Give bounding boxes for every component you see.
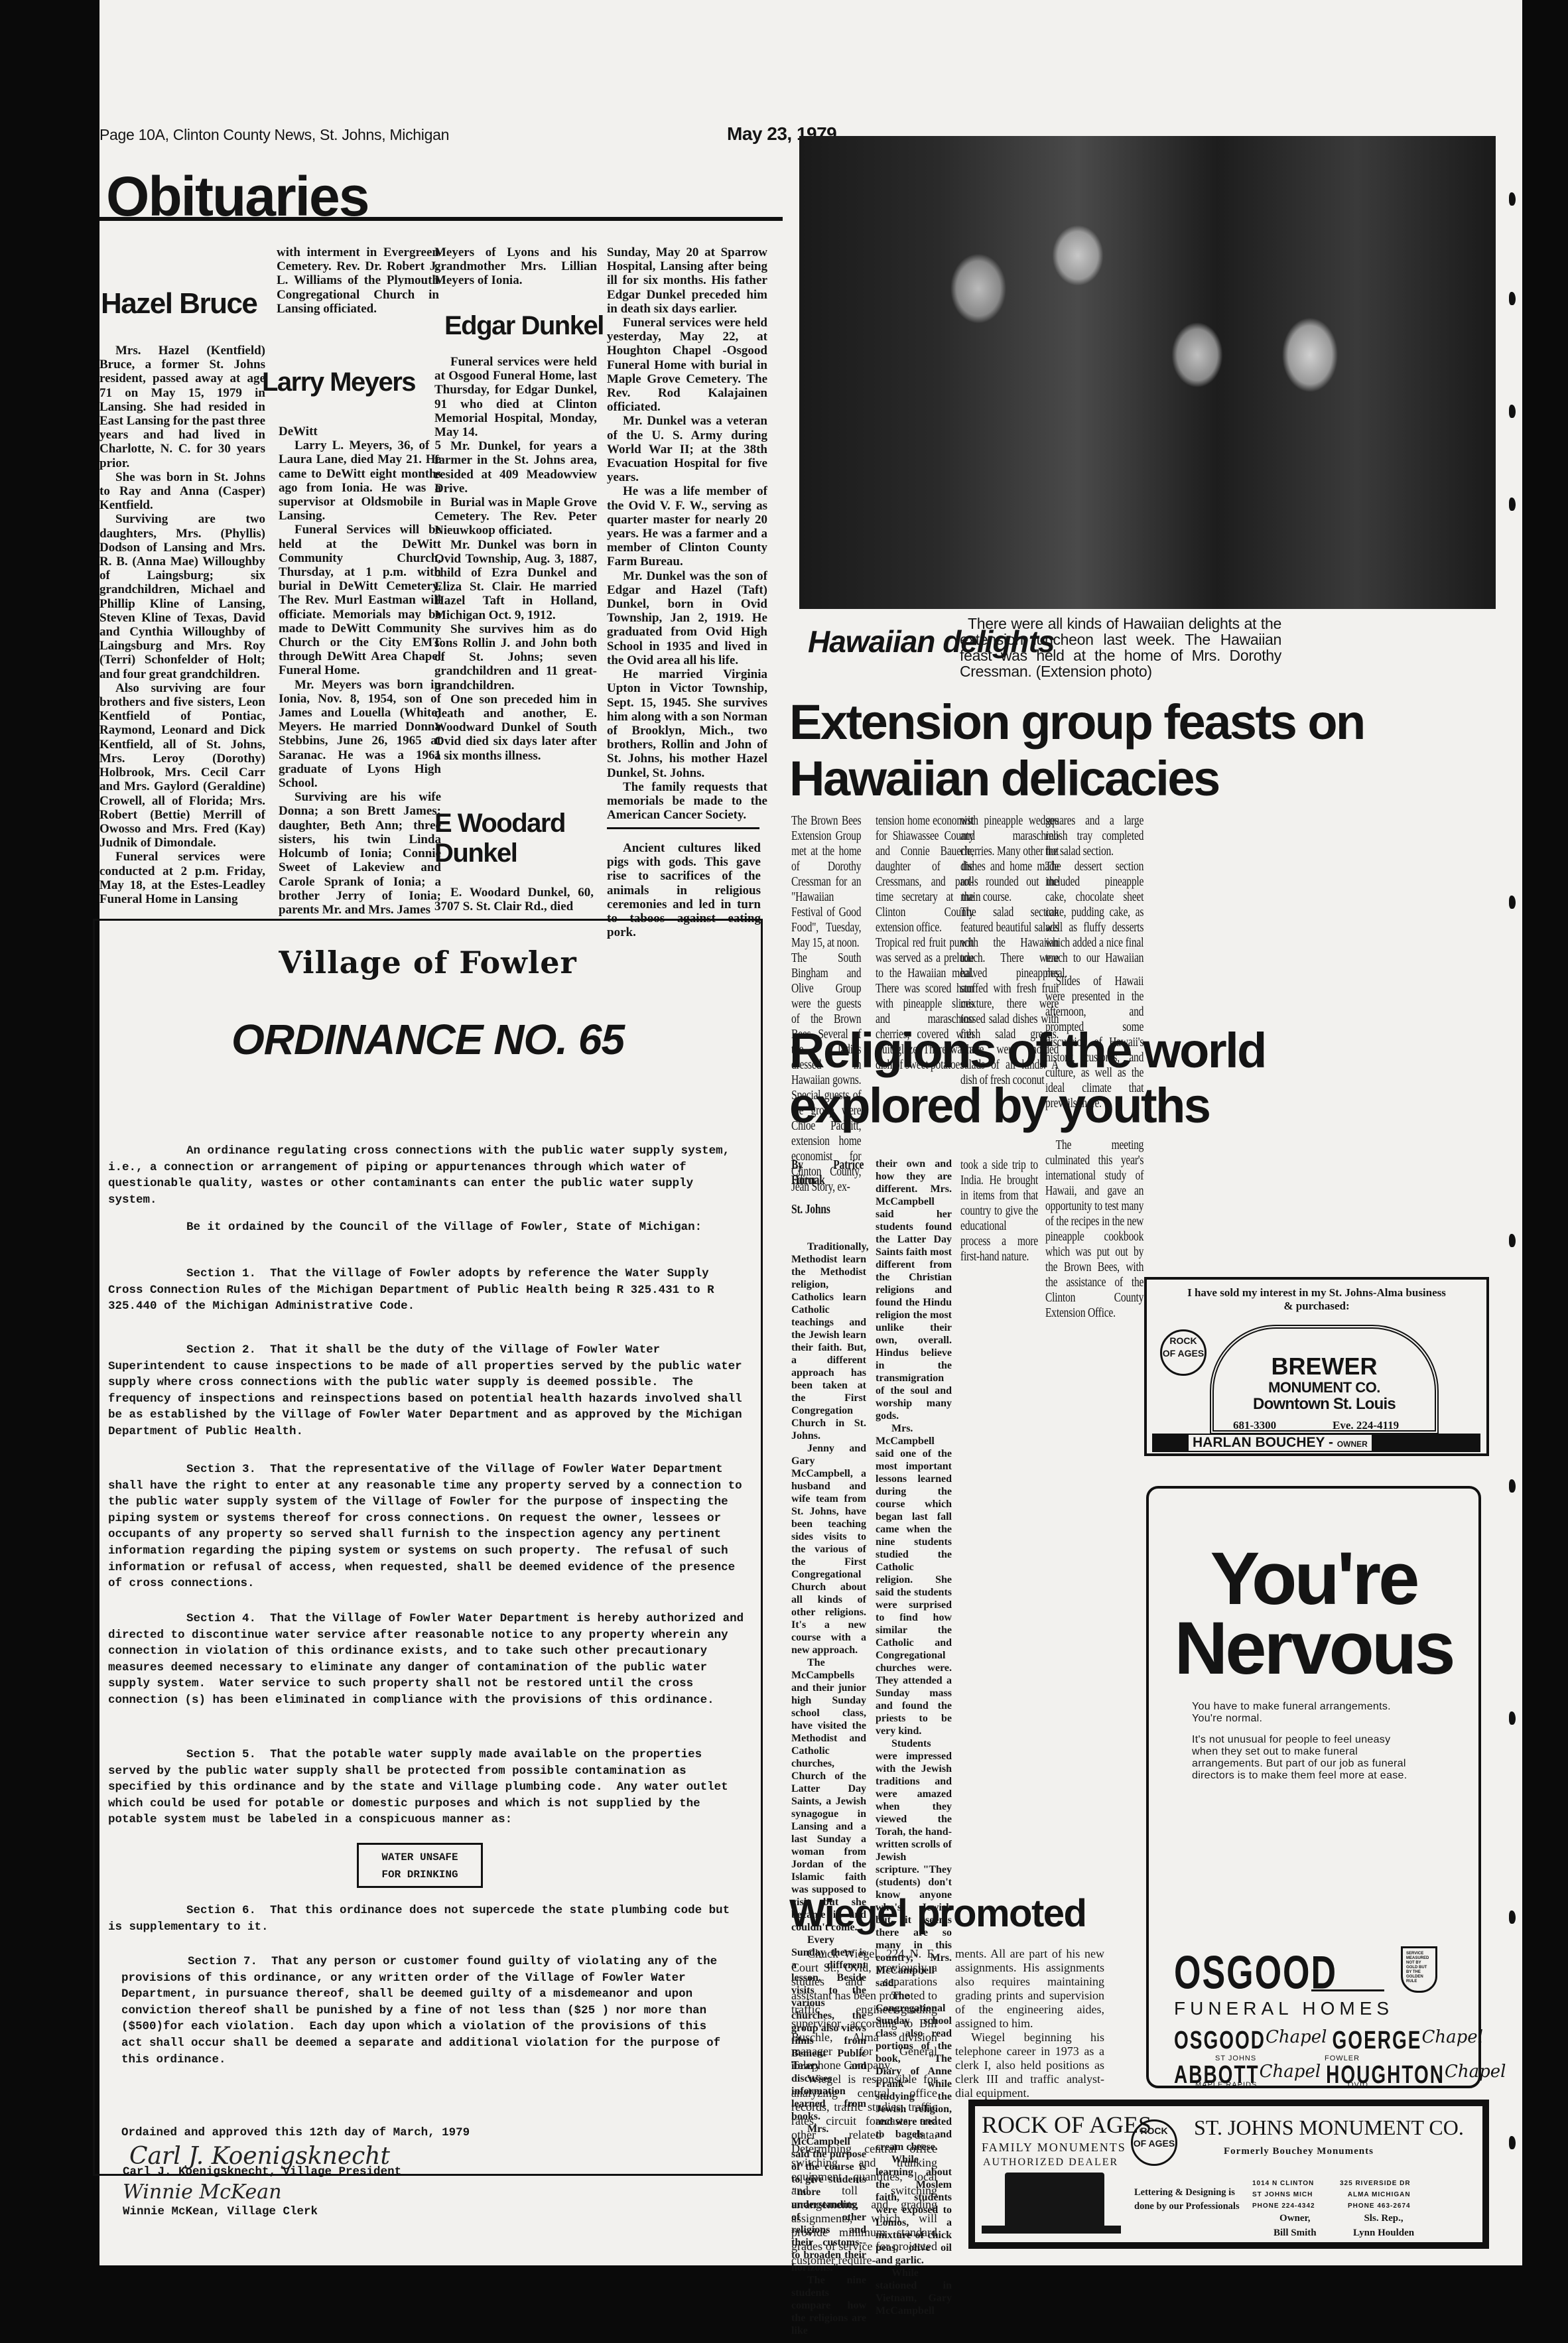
signer-president: Carl J. Koenigsknecht, Village President xyxy=(123,2164,401,2180)
address-line: ALMA MICHIGAN xyxy=(1340,2189,1411,2200)
paragraph: Mr. Dunkel was the son of Edgar and Haze… xyxy=(607,569,767,667)
paragraph: The nine students compare how the religi… xyxy=(791,2274,866,2337)
paragraph: Wiegel beginning his telephone career in… xyxy=(955,2031,1104,2100)
paragraph: Burial was in Maple Grove Cemetery. The … xyxy=(434,496,597,538)
paragraph: She survives him as do sons Rollin J. an… xyxy=(434,622,597,693)
paragraph: Mr. Dunkel, for years a farmer in the St… xyxy=(434,439,597,496)
ordinance-section-2: Section 2. That it shall be the duty of … xyxy=(108,1342,745,1440)
ad-brewer-owner-name: HARLAN BOUCHEY - xyxy=(1193,1435,1333,1450)
role: Owner, xyxy=(1274,2211,1317,2226)
headline-e-woodard-dunkel-1: E Woodard xyxy=(434,809,565,837)
obit-larry-meyers-body: DeWitt Larry L. Meyers, 36, of 5 Laura L… xyxy=(279,425,441,917)
headline-hazel-bruce: Hazel Bruce xyxy=(101,289,257,319)
paragraph: Funeral services were held at Osgood Fun… xyxy=(434,355,597,439)
ad-brewer-monument[interactable]: I have sold my interest in my St. Johns-… xyxy=(1144,1277,1489,1456)
chapel-name: OSGOOD xyxy=(1174,2026,1266,2054)
ad-rock-line2: FAMILY MONUMENTS xyxy=(982,2141,1126,2155)
paragraph: She was born in St. Johns to Ray and Ann… xyxy=(99,470,265,513)
paragraph: Wiegel is responsible for analyzing cent… xyxy=(791,2072,937,2267)
paragraph: Traditionally, Methodist learn the Metho… xyxy=(791,1240,866,1442)
tagline-line: I have sold my interest in my St. Johns-… xyxy=(1147,1286,1486,1300)
ordinance-notice: Village of Fowler ORDINANCE NO. 65 An or… xyxy=(93,919,763,2176)
filler-rule xyxy=(607,827,759,829)
headline-larry-meyers: Larry Meyers xyxy=(262,368,415,396)
scan-mark xyxy=(1509,192,1516,206)
scan-mark xyxy=(1509,2136,1516,2149)
paragraph: Surviving are his wife Donna; a son Bret… xyxy=(279,790,441,917)
ad-osgood-body-1: You have to make funeral arrangements. Y… xyxy=(1192,1701,1417,1725)
chapel-suffix: Chapel xyxy=(1260,2062,1321,2082)
newspaper-page: Page 10A, Clinton County News, St. Johns… xyxy=(99,0,1522,2265)
headline-e-woodard-dunkel-2: Dunkel xyxy=(434,839,517,867)
paragraph: While stationed in Vietnam, Gary McCampb… xyxy=(876,2267,952,2317)
ordinance-section-5: Section 5. That the potable water supply… xyxy=(108,1747,745,1828)
paragraph: Mr. Dunkel was born in Ovid Township, Au… xyxy=(434,538,597,622)
label-line: FOR DRINKING xyxy=(359,1866,481,1883)
wiegel-col-2: ments. All are part of his new assignmen… xyxy=(955,1947,1104,2100)
ordinance-enactment: Be it ordained by the Council of the Vil… xyxy=(108,1219,745,1236)
headline-religions-1: Religions of the world xyxy=(789,1025,1266,1077)
scan-mark xyxy=(1509,1234,1516,1247)
paragraph: ments. All are part of his new assignmen… xyxy=(955,1947,1104,2031)
golden-rule-shield-icon: SERVICE MEASURED NOT BY GOLD BUT BY THE … xyxy=(1401,1946,1437,1993)
brand-underline xyxy=(1311,1989,1384,1991)
hawaiian-luncheon-photo xyxy=(799,136,1496,609)
paragraph: with interment in Evergreen Cemetery. Re… xyxy=(277,245,439,316)
paragraph: The family requests that memorials be ma… xyxy=(607,780,767,823)
ordinance-title: ORDINANCE NO. 65 xyxy=(95,1015,761,1064)
paragraph: Mr. Dunkel was a veteran of the U. S. Ar… xyxy=(607,414,767,484)
folio-line: Page 10A, Clinton County News, St. Johns… xyxy=(99,126,449,144)
ad-osgood-body-2: It's not unusual for people to feel unea… xyxy=(1192,1734,1417,1782)
paragraph: E. Woodard Dunkel, 60, 3707 S. St. Clair… xyxy=(434,886,594,913)
paragraph: Sunday, May 20 at Sparrow Hospital, Lans… xyxy=(607,245,767,316)
paragraph: Larry L. Meyers, 36, of 5 Laura Lane, di… xyxy=(279,438,441,523)
wiegel-col-1: Chuck Wiegel, 224 N. E. Court St., Ovid,… xyxy=(791,1947,937,2267)
ad-rock-line3: AUTHORIZED DEALER xyxy=(983,2157,1118,2169)
chapel-name: HOUGHTON xyxy=(1326,2060,1445,2089)
ad-osgood-subtitle: FUNERAL HOMES xyxy=(1174,1998,1394,2019)
ordinance-section-3: Section 3. That the representative of th… xyxy=(108,1461,745,1592)
paragraph: Funeral Services will be held at the DeW… xyxy=(279,523,441,677)
paragraph: The meeting culminated this year's inter… xyxy=(1045,1138,1143,1321)
paragraph: Jenny and Gary McCampbell, a husband and… xyxy=(791,1442,866,1656)
rock-of-ages-seal-icon: ROCK OF AGES xyxy=(1131,2119,1177,2166)
ad-rock-title: ROCK OF AGES xyxy=(982,2113,1151,2137)
ad-brewer-tagline: I have sold my interest in my St. Johns-… xyxy=(1147,1286,1486,1313)
scan-mark xyxy=(1509,896,1516,909)
scan-mark xyxy=(1509,292,1516,305)
ad-brewer-owner-bar: HARLAN BOUCHEY - OWNER xyxy=(1152,1434,1480,1452)
chapel-town: MAPLE RAPIDS xyxy=(1195,2081,1257,2089)
ad-brewer-owner-label: OWNER xyxy=(1337,1439,1368,1449)
section-rule xyxy=(99,217,783,221)
paragraph: their own and how they are different. Mr… xyxy=(876,1158,952,1422)
signature-clerk: Winnie McKean xyxy=(123,2180,282,2204)
paragraph: Meyers of Lyons and his grandmother Mrs.… xyxy=(434,245,597,288)
paragraph: Surviving are two daughters, Mrs. (Phyll… xyxy=(99,512,265,681)
ad-monument-address-1: 1014 N CLINTON ST JOHNS MICH PHONE 224-4… xyxy=(1252,2178,1315,2212)
paragraph: Funeral services were conducted at 2 p.m… xyxy=(99,850,265,906)
ordinance-approval-date: Ordained and approved this 12th day of M… xyxy=(121,2125,470,2141)
ad-monument-address-2: 325 RIVERSIDE DR ALMA MICHIGAN PHONE 463… xyxy=(1340,2178,1411,2212)
ad-brewer-company: MONUMENT CO. xyxy=(1210,1379,1439,1396)
obit-e-woodard-intro: E. Woodard Dunkel, 60, 3707 S. St. Clair… xyxy=(434,886,594,913)
chapel-row-1: OSGOODChapel GOERGEChapel xyxy=(1174,2026,1483,2047)
ad-osgood-brand: OSGOOD xyxy=(1174,1946,1337,2000)
obit-hazel-bruce-continued: with interment in Evergreen Cemetery. Re… xyxy=(277,245,439,316)
paragraph: Chuck Wiegel, 224 N. E. Court St., Ovid,… xyxy=(791,1947,937,2072)
ad-headline-nervous: Nervous xyxy=(1149,1611,1478,1686)
address-line: ST JOHNS MICH xyxy=(1252,2189,1315,2200)
religions-dateline: St. Johns xyxy=(791,1202,830,1217)
scan-mark xyxy=(1509,1479,1516,1493)
headline-edgar-dunkel: Edgar Dunkel xyxy=(444,312,604,340)
ad-brewer-name: BREWER xyxy=(1210,1353,1439,1380)
address-line: 325 RIVERSIDE DR xyxy=(1340,2178,1411,2189)
paragraph: Mrs. McCampbell said one of the most imp… xyxy=(876,1422,952,1737)
ad-st-johns-monument[interactable]: ROCK OF AGES FAMILY MONUMENTS AUTHORIZED… xyxy=(968,2100,1489,2249)
monument-base-icon xyxy=(982,2226,1121,2234)
ordinance-section-7: Section 7. That any person or customer f… xyxy=(121,1954,732,2068)
scan-mark xyxy=(1509,498,1516,511)
chapel-suffix: Chapel xyxy=(1266,2027,1327,2047)
monument-stone-icon xyxy=(1005,2173,1104,2226)
chapel-town: OVID xyxy=(1348,2081,1368,2089)
chapel-row-2: ABBOTTChapel HOUGHTONChapel xyxy=(1174,2060,1506,2082)
ad-brewer-location: Downtown St. Louis xyxy=(1210,1395,1439,1414)
headline-extension-2: Hawaiian delicacies xyxy=(789,753,1219,805)
address-line: 1014 N CLINTON xyxy=(1252,2178,1315,2189)
person: Bill Smith xyxy=(1274,2226,1317,2240)
scan-mark xyxy=(1509,1910,1516,1924)
paragraph: Funeral services were held yesterday, Ma… xyxy=(607,316,767,414)
byline-title: Editor xyxy=(791,1173,817,1188)
photo-caption: There were all kinds of Hawaiian delight… xyxy=(960,616,1281,679)
ad-monument-rep: Sls. Rep., Lynn Houlden xyxy=(1353,2211,1414,2240)
ad-monument-lettering: Lettering & Designing is done by our Pro… xyxy=(1134,2186,1247,2214)
ad-brewer-phone: 681-3300 xyxy=(1233,1419,1276,1432)
rock-of-ages-seal-icon: ROCK OF AGES xyxy=(1160,1329,1207,1376)
paragraph: Mrs. Hazel (Kentfield) Bruce, a former S… xyxy=(99,344,265,470)
scan-mark xyxy=(1509,405,1516,418)
label-line: WATER UNSAFE xyxy=(359,1849,481,1866)
paragraph: Mr. Meyers was born in Ionia, Nov. 8, 19… xyxy=(279,678,441,791)
owner-plate: HARLAN BOUCHEY - OWNER xyxy=(1189,1435,1372,1451)
ad-monument-name: ST. JOHNS MONUMENT CO. xyxy=(1194,2115,1464,2140)
ordinance-preamble: An ordinance regulating cross connection… xyxy=(108,1143,745,1208)
obit-e-woodard-body: Sunday, May 20 at Sparrow Hospital, Lans… xyxy=(607,245,767,822)
ad-headline-youre: You're xyxy=(1149,1542,1478,1616)
headline-wiegel: Wiegel promoted xyxy=(789,1894,1086,1934)
hawaiian-col-1: The Brown Bees Extension Group met at th… xyxy=(791,813,861,1195)
ordinance-section-6: Section 6. That this ordinance does not … xyxy=(108,1903,745,1935)
signer-clerk: Winnie McKean, Village Clerk xyxy=(123,2204,318,2220)
scan-mark xyxy=(1509,1711,1516,1725)
paragraph: Also surviving are four brothers and fiv… xyxy=(99,681,265,850)
ordinance-section-4: Section 4. That the Village of Fowler Wa… xyxy=(108,1611,745,1709)
chapel-suffix: Chapel xyxy=(1421,2027,1483,2047)
ordinance-village-heading: Village of Fowler xyxy=(95,945,761,980)
obit-larry-meyers-continued: Meyers of Lyons and his grandmother Mrs.… xyxy=(434,245,597,288)
obit-edgar-dunkel-body: Funeral services were held at Osgood Fun… xyxy=(434,355,597,763)
chapel-name: GOERGE xyxy=(1333,2026,1422,2054)
chapel-suffix: Chapel xyxy=(1445,2062,1506,2082)
headline-extension-1: Extension group feasts on xyxy=(789,697,1364,748)
paragraph: He was a life member of the Ovid V. F. W… xyxy=(607,484,767,569)
role: Sls. Rep., xyxy=(1353,2211,1414,2226)
religions-col-3: took a side trip to India. He brought in… xyxy=(960,1158,1038,1264)
ad-monument-owner: Owner, Bill Smith xyxy=(1274,2211,1317,2240)
section-title: Obituaries xyxy=(106,168,368,224)
ad-monument-formerly: Formerly Bouchey Monuments xyxy=(1224,2146,1374,2157)
tagline-line: & purchased: xyxy=(1147,1300,1486,1313)
paragraph: One son preceded him in death and anothe… xyxy=(434,693,597,763)
person: Lynn Houlden xyxy=(1353,2226,1414,2240)
ad-osgood-funeral-homes[interactable]: You're Nervous You have to make funeral … xyxy=(1146,1486,1481,2088)
address-phone: PHONE 463-2674 xyxy=(1340,2200,1411,2212)
ordinance-section-1: Section 1. That the Village of Fowler ad… xyxy=(108,1266,745,1315)
address-phone: PHONE 224-4342 xyxy=(1252,2200,1315,2212)
obit-hazel-bruce-body: Mrs. Hazel (Kentfield) Bruce, a former S… xyxy=(99,344,265,906)
headline-religions-2: explored by youths xyxy=(789,1080,1209,1132)
hawaiian-col-4: squares and a large relish tray complete… xyxy=(1045,813,1143,981)
ad-brewer-eve-phone: Eve. 224-4119 xyxy=(1333,1419,1399,1432)
paragraph: He married Virginia Upton in Victor Town… xyxy=(607,667,767,780)
dateline: DeWitt xyxy=(279,425,441,438)
water-unsafe-label: WATER UNSAFE FOR DRINKING xyxy=(357,1843,483,1888)
